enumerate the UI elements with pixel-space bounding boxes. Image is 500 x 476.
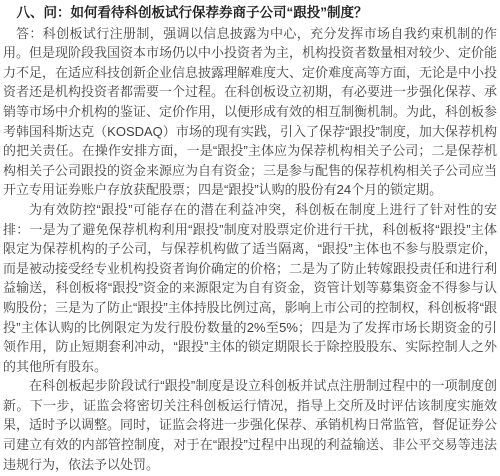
article: 八、问：如何看待科创板试行保荐券商子公司“跟投”制度？ 答：科创板试行注册制，强…	[0, 0, 500, 476]
article-title: 八、问：如何看待科创板试行保荐券商子公司“跟投”制度？	[3, 3, 497, 23]
paragraph-answer: 答：科创板试行注册制，强调以信息披露为中心，充分发挥市场自我约束机制的作用。但是…	[3, 24, 497, 200]
paragraph-next-steps: 在科创板起步阶段试行“跟投”制度是设立科创板并试点注册制过程中的一项制度创新。下…	[3, 376, 497, 474]
paragraph-safeguards: 为有效防控“跟投”可能存在的潜在利益冲突，科创板在制度上进行了针对性的安排：一是…	[3, 200, 497, 376]
